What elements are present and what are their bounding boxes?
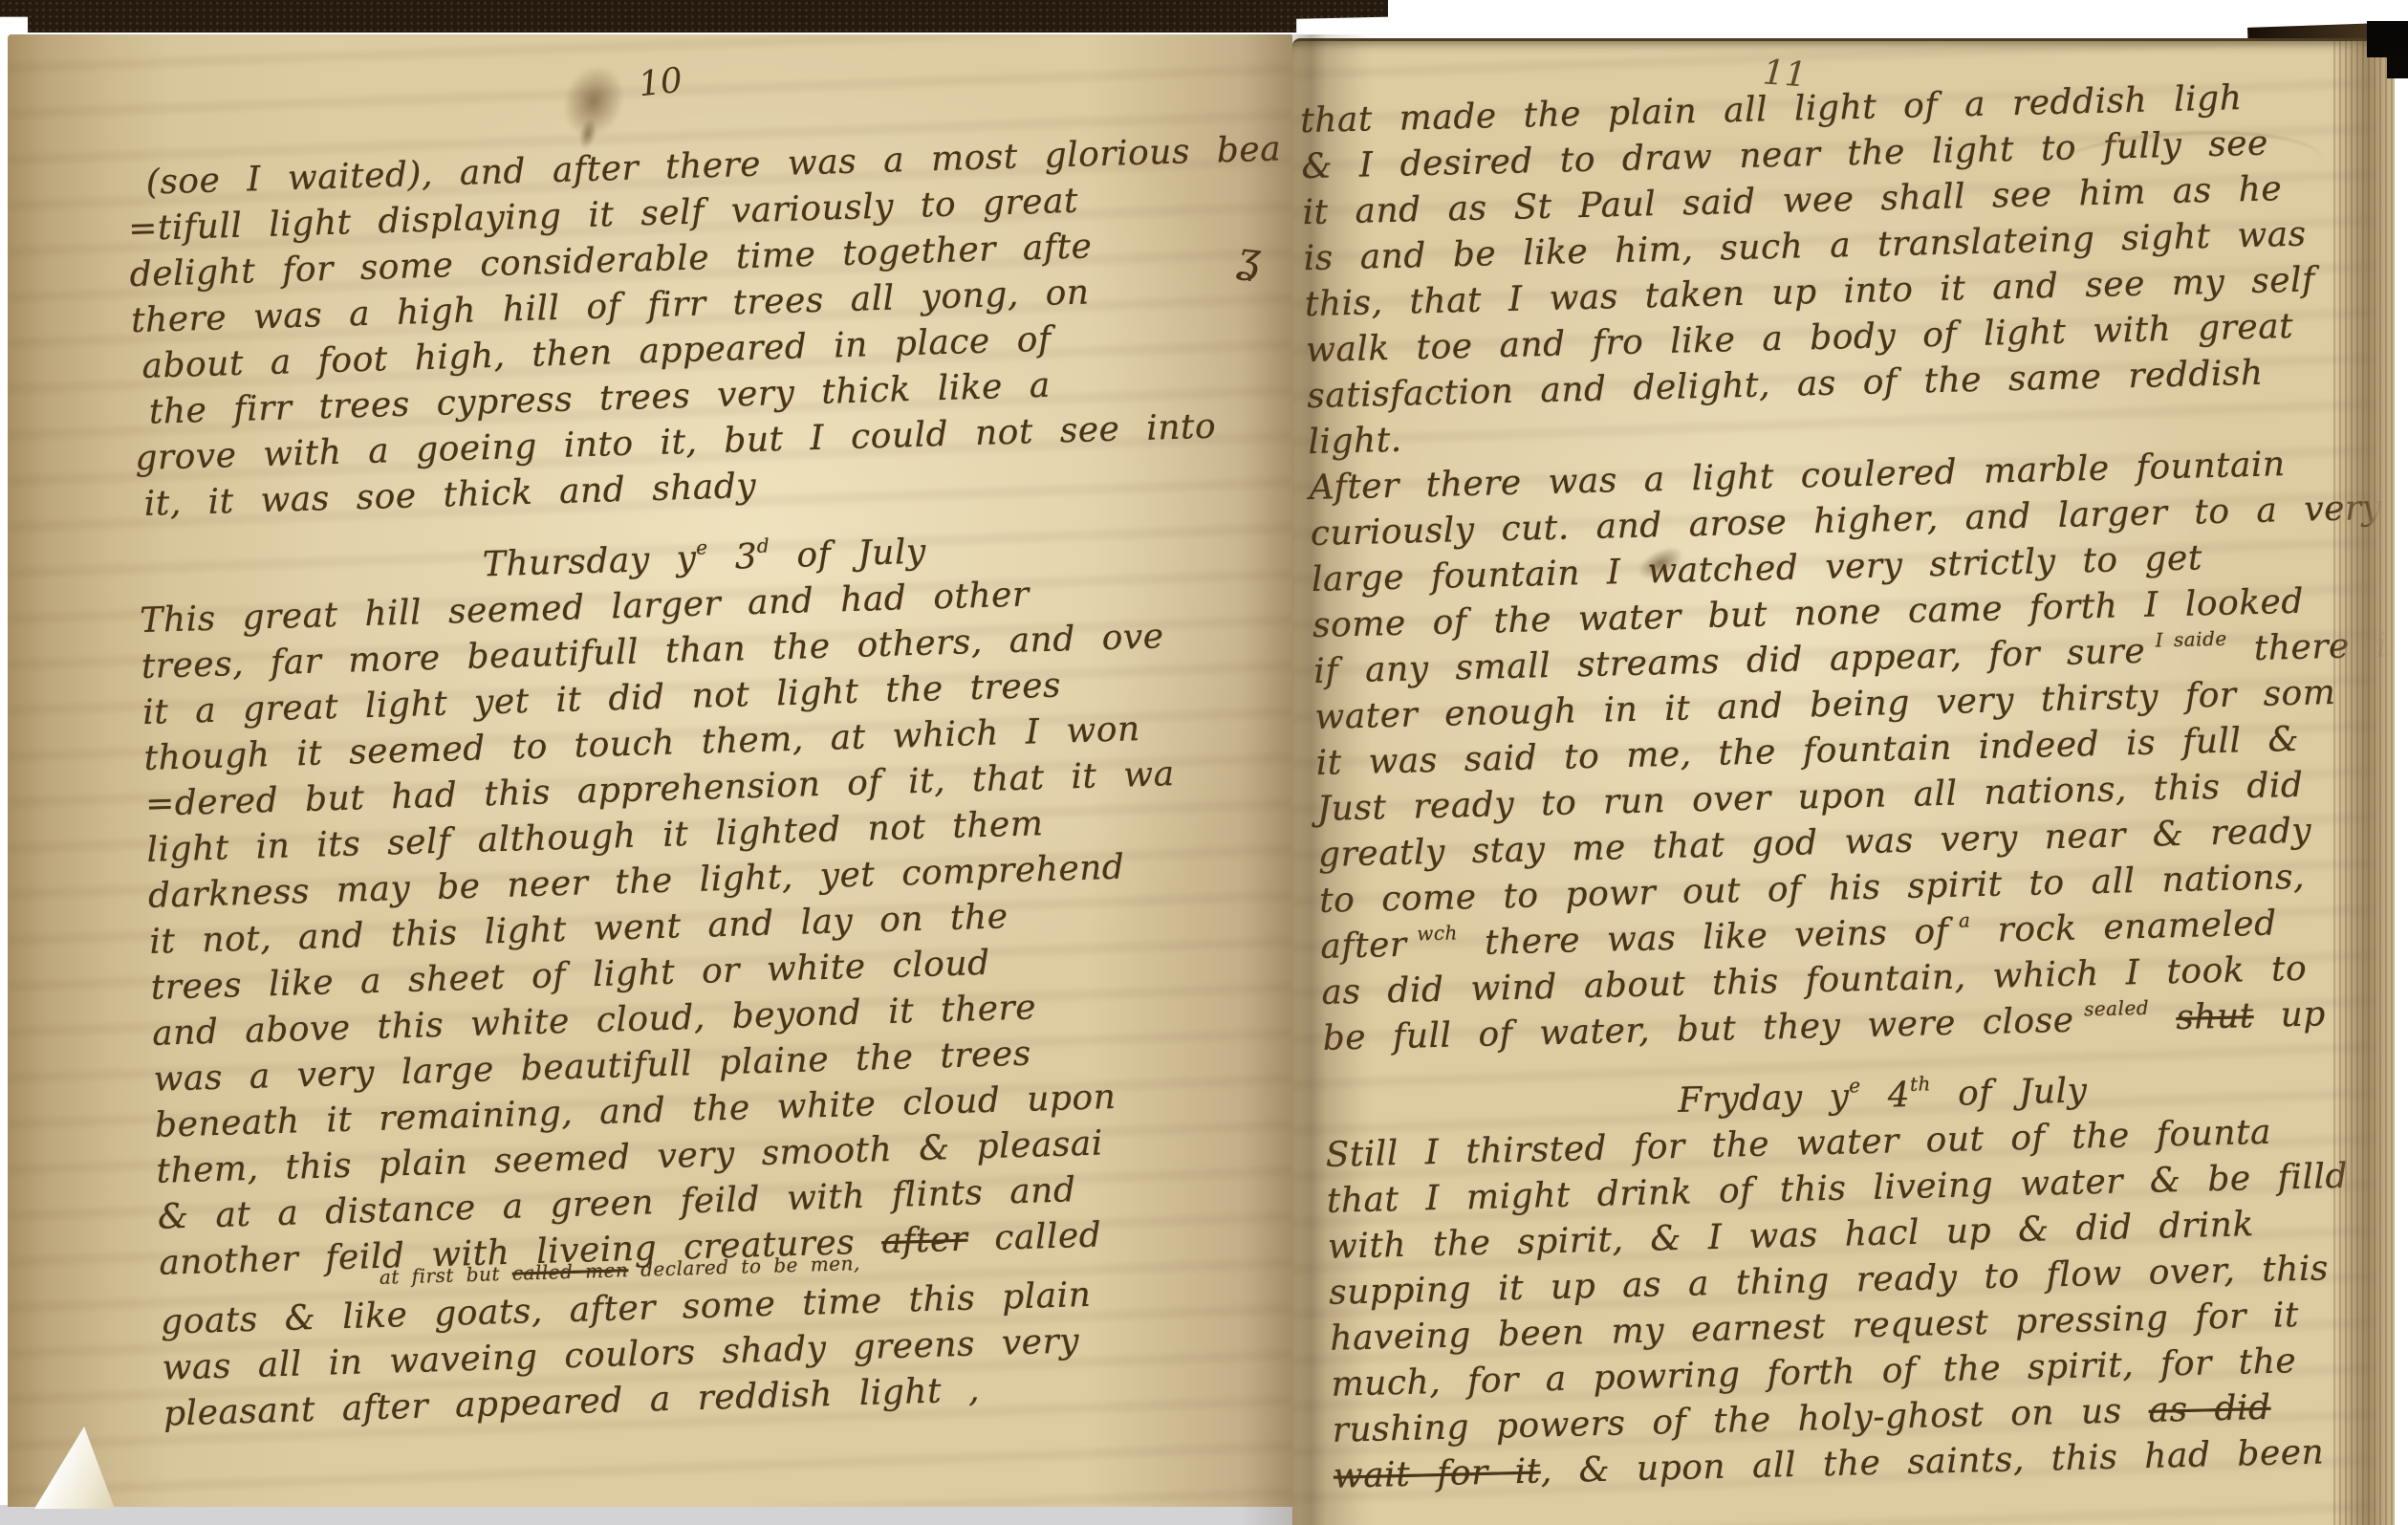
text-segment: a <box>1948 908 1971 932</box>
left-page: 10 (soe I waited), and after there was a… <box>8 34 1292 1507</box>
text-segment: sealed <box>2073 996 2149 1021</box>
text-segment: 4 <box>1860 1076 1910 1116</box>
right-page-number: 11 <box>1762 53 1809 95</box>
text-segment: e <box>1849 1074 1861 1097</box>
text-segment: rock enameled <box>1970 904 2277 950</box>
text-segment: of July <box>1931 1071 2088 1114</box>
text-segment: I saide <box>2145 627 2227 652</box>
right-page-text: that made the plain all light of a reddi… <box>1300 73 2395 1500</box>
scan-corner-artifact <box>2387 55 2408 78</box>
text-segment: of July <box>770 533 927 577</box>
text-segment: shut <box>2176 996 2254 1037</box>
text-segment: th <box>1910 1072 1932 1096</box>
text-segment: e <box>696 535 708 558</box>
text-segment: 3 <box>707 537 758 578</box>
text-segment: there is <box>2226 625 2395 669</box>
text-segment: Thursday y <box>482 539 697 585</box>
left-page-number: 10 <box>637 61 684 105</box>
scan-corner-artifact <box>2367 21 2408 57</box>
leather-binding-strip <box>0 0 1388 33</box>
text-segment <box>2149 998 2177 1038</box>
text-segment: light. <box>1308 421 1402 462</box>
text-segment: at first but <box>380 1262 513 1289</box>
scan-background-strip <box>0 1505 1491 1525</box>
text-segment: there was like veins of <box>1458 912 1949 964</box>
text-segment: called men <box>511 1258 628 1285</box>
text-segment: wait for it <box>1333 1451 1541 1495</box>
text-segment: as did <box>2148 1388 2271 1430</box>
text-segment: Fryday y <box>1678 1077 1850 1120</box>
text-segment: wch <box>1406 921 1458 945</box>
margin-mark: ʓ <box>1234 232 1263 283</box>
left-page-text: (soe I waited), and after there was a mo… <box>126 127 1292 1438</box>
text-segment: d <box>756 534 770 556</box>
text-segment: up <box>2253 994 2326 1035</box>
manuscript-scan: 10 (soe I waited), and after there was a… <box>0 0 2408 1525</box>
text-segment: after <box>1320 926 1407 967</box>
right-page: 11 that made the plain all light of a re… <box>1292 38 2395 1525</box>
